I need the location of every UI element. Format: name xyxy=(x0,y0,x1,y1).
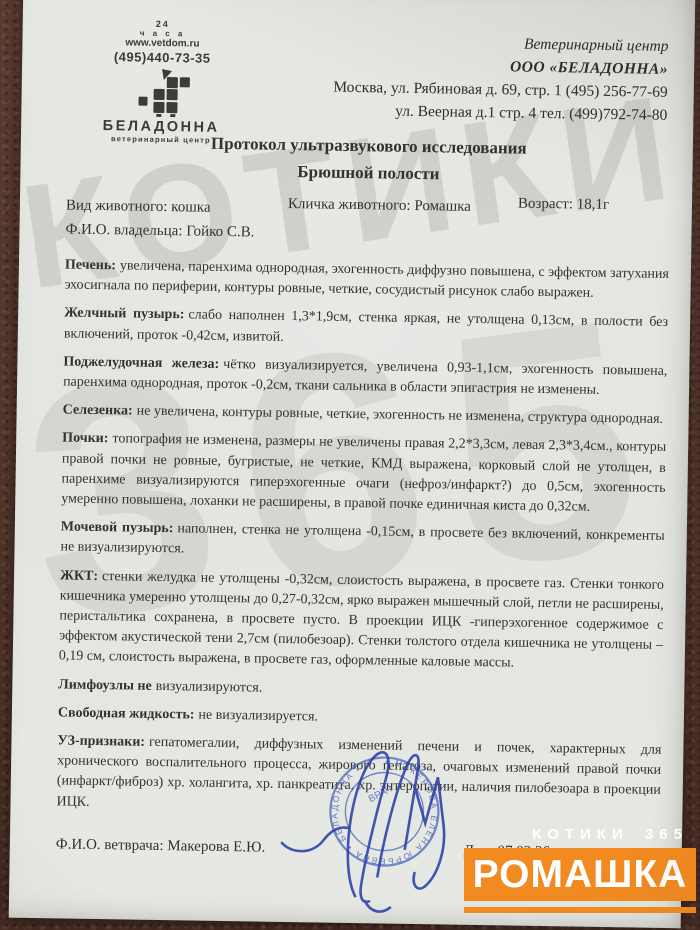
section-free-fluid-label: Свободная жидкость: xyxy=(58,705,195,722)
romashka-badge-text: РОМАШКА xyxy=(473,853,688,897)
section-gallbladder: Желчный пузырь:слабо наполнен 1,3*1,9см,… xyxy=(64,304,669,354)
section-gallbladder-label: Желчный пузырь: xyxy=(64,306,185,323)
logo-clinic-name: БЕЛАДОННА xyxy=(81,118,241,137)
photo-background: { "header": { "logo": { "hours": "24", "… xyxy=(0,0,700,930)
patient-age: Возраст: 18,1г xyxy=(518,196,609,214)
section-bladder-label: Мочевой пузырь: xyxy=(61,520,174,537)
section-pancreas: Поджелудочная железа:чётко визуализирует… xyxy=(63,352,668,402)
patient-name: Кличка животного: Ромашка xyxy=(288,196,471,216)
patient-info: Вид животного: кошка Ф.И.О. владельца: Г… xyxy=(65,197,670,252)
section-spleen: Селезенка:не увеличена, контуры ровные, … xyxy=(63,401,667,431)
section-liver-label: Печень: xyxy=(65,257,116,273)
romashka-badge: РОМАШКА xyxy=(464,848,696,901)
section-git: ЖКТ:стенки желудка не утолщены -0,32см, … xyxy=(59,566,665,676)
logo-phone: (495)440-73-35 xyxy=(82,49,242,68)
section-lymphnodes: Лимфоузлы невизуализируются. xyxy=(58,675,662,705)
beladonna-dog-icon xyxy=(130,68,193,117)
section-git-label: ЖКТ: xyxy=(60,568,98,584)
clinic-logo: 24 ч а с а www.vetdom.ru (495)440-73-35 xyxy=(81,18,243,146)
section-kidneys-label: Почки: xyxy=(62,431,108,447)
section-liver: Печень:увеличена, паренхима однородная, … xyxy=(64,255,669,305)
vet-name: Ф.И.О. ветврача: Макерова Е.Ю. xyxy=(56,836,266,855)
patient-owner: Ф.И.О. владельца: Гойко С.В. xyxy=(65,221,254,241)
section-pancreas-label: Поджелудочная железа: xyxy=(63,354,219,371)
section-bladder: Мочевой пузырь:наполнен, стенка не утолщ… xyxy=(60,518,665,568)
section-conclusion-label: УЗ-признаки: xyxy=(57,733,145,749)
document-paper: КОТИКИ 365 24 ч а с а www.vetdom.ru (495… xyxy=(9,0,696,928)
section-lymphnodes-label: Лимфоузлы не xyxy=(58,677,152,693)
kotiki-365-label: КОТИКИ 365 xyxy=(532,826,688,843)
section-kidneys: Почки:топография не изменена, размеры не… xyxy=(61,429,666,519)
badge-underline xyxy=(464,907,696,913)
section-spleen-label: Селезенка: xyxy=(63,403,133,419)
patient-species: Вид животного: кошка xyxy=(66,197,211,216)
